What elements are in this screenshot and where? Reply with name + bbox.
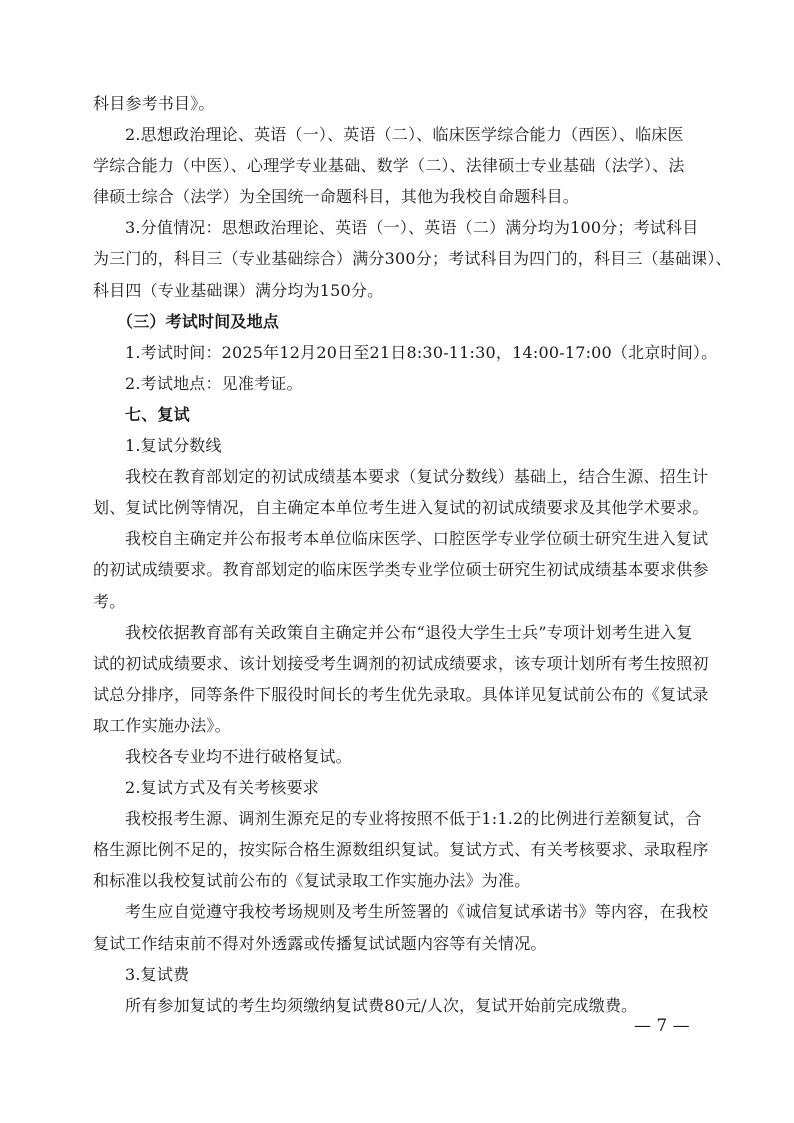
paragraph-line: 所有参加复试的考生均须缴纳复试费80元/人次，复试开始前完成缴费。 <box>93 990 703 1021</box>
paragraph-line: 我校报考生源、调剂生源充足的专业将按照不低于1:1.2的比例进行差额复试，合 <box>93 803 703 834</box>
paragraph-line: 科目四（专业基础课）满分均为150分。 <box>93 275 703 306</box>
paragraph-line: 格生源比例不足的，按实际合格生源数组织复试。复试方式、有关考核要求、录取程序 <box>93 834 703 865</box>
paragraph-line: 我校依据教育部有关政策自主确定并公布“退役大学生士兵”专项计划考生进入复 <box>93 617 703 648</box>
subheading-retest-fee: 3.复试费 <box>93 959 703 990</box>
list-item-score-values: 3.分值情况：思想政治理论、英语（一）、英语（二）满分均为100分；考试科目 <box>93 212 703 243</box>
list-item-unified-exam-subjects: 2.思想政治理论、英语（一）、英语（二）、临床医学综合能力（西医）、临床医 <box>93 119 703 150</box>
list-item-exam-location: 2.考试地点：见准考证。 <box>93 368 703 399</box>
paragraph-line: 我校各专业均不进行破格复试。 <box>93 741 703 772</box>
paragraph-line: 我校自主确定并公布报考本单位临床医学、口腔医学专业学位硕士研究生进入复试 <box>93 523 703 554</box>
paragraph-line: 划、复试比例等情况，自主确定本单位考生进入复试的初试成绩要求及其他学术要求。 <box>93 492 703 523</box>
paragraph-line: 的初试成绩要求。教育部划定的临床医学类专业学位硕士研究生初试成绩基本要求供参 <box>93 554 703 585</box>
list-item-exam-time: 1.考试时间：2025年12月20日至21日8:30-11:30，14:00-1… <box>93 337 703 368</box>
paragraph-line: 复试工作结束前不得对外透露或传播复试试题内容等有关情况。 <box>93 928 703 959</box>
subheading-retest-score-line: 1.复试分数线 <box>93 430 703 461</box>
paragraph-line: 我校在教育部划定的初试成绩基本要求（复试分数线）基础上，结合生源、招生计 <box>93 461 703 492</box>
page-number: — 7 — <box>634 1014 690 1038</box>
paragraph-line: 考。 <box>93 586 703 617</box>
document-page: 科目参考书目》。 2.思想政治理论、英语（一）、英语（二）、临床医学综合能力（西… <box>93 88 703 1021</box>
paragraph-line: 律硕士综合（法学）为全国统一命题科目，其他为我校自命题科目。 <box>93 181 703 212</box>
paragraph-line: 试总分排序，同等条件下服役时间长的考生优先录取。具体详见复试前公布的《复试录 <box>93 679 703 710</box>
paragraph-line: 取工作实施办法》。 <box>93 710 703 741</box>
paragraph-line: 学综合能力（中医）、心理学专业基础、数学（二）、法律硕士专业基础（法学）、法 <box>93 150 703 181</box>
section-heading-exam-time-location: （三）考试时间及地点 <box>93 306 703 337</box>
paragraph-line: 考生应自觉遵守我校考场规则及考生所签署的《诚信复试承诺书》等内容，在我校 <box>93 896 703 927</box>
paragraph-line: 和标准以我校复试前公布的《复试录取工作实施办法》为准。 <box>93 865 703 896</box>
paragraph-line: 试的初试成绩要求、该计划接受考生调剂的初试成绩要求，该专项计划所有考生按照初 <box>93 648 703 679</box>
section-heading-retest: 七、复试 <box>93 399 703 430</box>
paragraph-line: 为三门的，科目三（专业基础综合）满分300分；考试科目为四门的，科目三（基础课）… <box>93 243 703 274</box>
subheading-retest-method: 2.复试方式及有关考核要求 <box>93 772 703 803</box>
paragraph-line: 科目参考书目》。 <box>93 88 703 119</box>
